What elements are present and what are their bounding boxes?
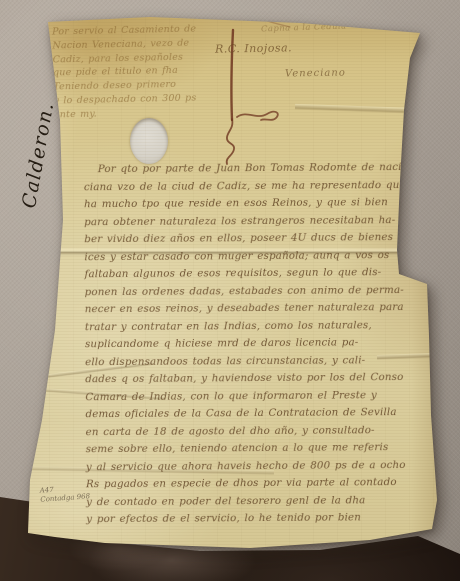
manuscript-line: y lo despachado con 300 ps [53, 90, 288, 109]
manuscript-line: necer en esos reinos, y deseabades tener… [85, 299, 441, 319]
letter-paper-wrap: Por servio al Casamiento deNacion Veneci… [0, 0, 460, 581]
nationality-note: Veneciano [285, 67, 346, 79]
manuscript-line: Teniendo deseo primero [53, 76, 288, 95]
pencil-archive-line: Contadga 968 [40, 492, 90, 504]
manuscript-line: ante my. [54, 103, 289, 122]
manuscript-line: demas oficiales de la Casa de la Contrat… [85, 404, 441, 424]
ink-flourish [25, 16, 440, 550]
manuscript-line: seme sobre ello, teniendo atencion a lo … [86, 439, 442, 459]
manuscript-line: para obtener naturaleza los estrangeros … [84, 211, 440, 231]
manuscript-line: y por efectos de el servicio, lo he teni… [86, 509, 442, 529]
manuscript-line: ha mucho tpo que reside en esos Reinos, … [84, 194, 440, 214]
manuscript-line: dades q os faltaban, y haviendose visto … [85, 369, 441, 389]
manuscript-line: Por qto por parte de Juan Bon Tomas Rodo… [84, 159, 440, 179]
manuscript-line: ciana vzo de la ciud de Cadiz, se me ha … [84, 176, 440, 196]
manuscript-line: ponen las ordenes dadas, estabades con a… [85, 281, 441, 301]
photo-frame: Por servio al Casamiento deNacion Veneci… [0, 0, 460, 581]
fold-crease [295, 104, 420, 114]
manuscript-line: suplicandome q hiciese mrd de daros lice… [85, 334, 441, 354]
punched-hole [130, 118, 168, 164]
manuscript-line: ices y estar casado con muger española; … [84, 246, 440, 266]
fold-crease [43, 361, 153, 378]
docket-note: Capna a la Cedula [261, 22, 347, 35]
manuscript-line: Rs pagados en especie de dhos por via pa… [86, 474, 442, 494]
manuscript-line: ber vivido diez años en ellos, poseer 4U… [84, 229, 440, 249]
manuscript-line: en carta de 18 de agosto del dho año, y … [86, 421, 442, 441]
fold-crease [377, 353, 435, 360]
fold-crease-main [25, 247, 440, 256]
letter-header-block: Por servio al Casamiento deNacion Veneci… [52, 21, 289, 122]
pencil-archive-note: A47 Contadga 968 [39, 483, 90, 503]
manuscript-line: y de contado en poder del tesorero genl … [86, 491, 442, 511]
letter-paper: Por servio al Casamiento deNacion Veneci… [25, 16, 440, 550]
manuscript-line: faltaban algunos de esos requisitos, seg… [84, 264, 440, 284]
fold-crease [25, 466, 274, 475]
manuscript-line: Cadiz, para los españoles [53, 48, 288, 67]
manuscript-line: ello dispensandoos todas las circunstanc… [85, 351, 441, 371]
recipient-note: R.C. Inojosa. [215, 41, 292, 55]
pencil-archive-line: A47 [39, 483, 89, 495]
letter-body-block: Por qto por parte de Juan Bon Tomas Rodo… [84, 159, 443, 529]
manuscript-line: que pide el titulo en fha [53, 62, 288, 81]
manuscript-line: Nacion Veneciana, vezo de [52, 34, 287, 53]
manuscript-line: y al servicio que ahora haveis hecho de … [86, 456, 442, 476]
manuscript-line: Por servio al Casamiento de [52, 21, 287, 40]
manuscript-line: Camara de Indias, con lo que informaron … [85, 386, 441, 406]
fold-crease [35, 387, 165, 400]
manuscript-line: tratar y contratar en las Indias, como l… [85, 316, 441, 336]
